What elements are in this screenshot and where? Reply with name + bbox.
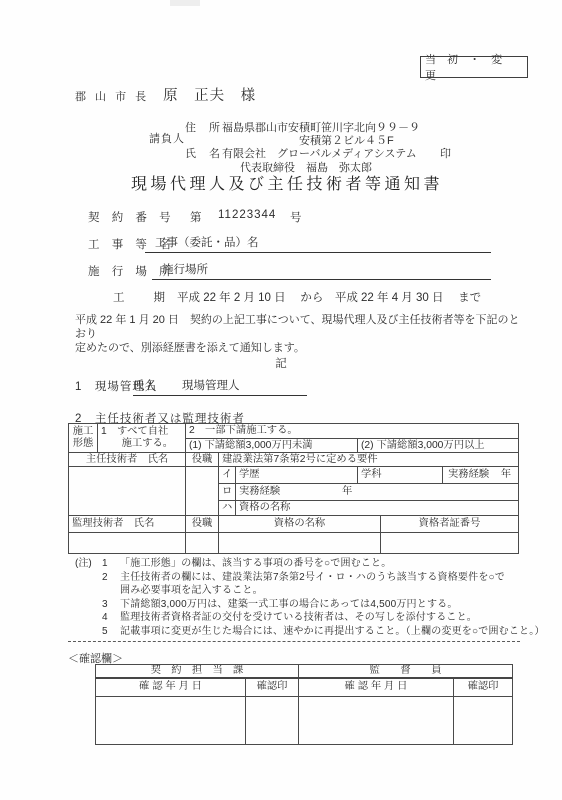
qualification-name-row: 資格の名称 [236,501,519,516]
cut-separator-line [68,641,520,642]
document-title: 現場代理人及び主任技術者等通知書 [0,171,562,194]
notes-block: (注) 1 「施工形態」の欄は、該当する事項の番号を○で囲むこと。 2 主任技術… [75,557,545,639]
note-number: 1 [102,557,120,571]
experience-label: 実務経験 [448,469,489,481]
contract-number-label: 契 約 番 号 [88,209,175,225]
revision-status-label: 当 初 ・ 変 更 [425,51,527,83]
experience-label-cell: 実務経験 年 [443,467,519,484]
chief-engineer-name-cell [69,467,186,516]
req-row-ro-key: ロ [219,484,236,501]
option-partial-subcontract: 2 一部下請施工する。 [186,424,519,439]
confirmation-table: 契 約 担 当 課 監 督 員 確 認 年 月 日 確認印 確 認 年 月 日 … [95,664,513,745]
note-number [102,584,120,598]
contractor-address-label: 住 所 [185,119,221,135]
addressee-title: 郡 山 市 長 [75,91,149,103]
supervising-engineer-name-cell [69,533,186,554]
supervising-engineer-name-header: 監理技術者 氏名 [69,516,186,533]
note-text: 下請総額3,000万円は、建築一式工事の場合にあっては4,500万円とする。 [120,598,458,612]
note-text: 囲み必要事項を記入すること。 [120,584,263,598]
note-tag [75,571,102,585]
body-line-1: 平成 22 年 1 月 20 日 契約の上記工事について、現場代理人及び主任技術… [75,313,520,341]
ki-marker: 記 [0,355,562,371]
req-row-ha-key: ハ [219,501,236,516]
confirm-seal-cell-2 [454,696,513,744]
supervising-engineer-role-cell [186,533,219,554]
requirement-header: 建設業法第7条第2号に定める要件 [219,453,519,467]
note-number: 2 [102,571,120,585]
qualification-name-cell [219,533,381,554]
note-text: 主任技術者の欄には、建設業法第7条第2号イ・ロ・ハのうち該当する資格要件を○で [120,571,505,585]
confirm-seal-header: 確認印 [246,678,299,696]
work-period-label: 工 期 [113,292,167,304]
note-tag [75,584,102,598]
note-tag [75,598,102,612]
name-label: 氏名 [133,380,156,392]
confirm-date-header-2: 確 認 年 月 日 [299,678,454,696]
note-row: 5 記載事項に変更が生じた場合には、速やかに再提出すること。（上欄の変更を○で囲… [75,625,545,639]
note-text: 記載事項に変更が生じた場合には、速やかに再提出すること。（上欄の変更を○で囲むこ… [120,625,545,639]
note-number: 5 [102,625,120,639]
note-text: 「施工形態」の欄は、該当する事項の番号を○で囲むこと。 [120,557,391,571]
req-row-i-key: イ [219,467,236,484]
seal-mark: 印 [440,145,451,161]
certificate-number-cell [381,533,519,554]
note-tag [75,625,102,639]
work-name-field: 工事（委託・品）名 [145,234,491,253]
note-number: 3 [102,598,120,612]
option-all-inhouse: 1 すべて自社 施工する。 [98,424,186,453]
chief-engineer-role-cell [186,467,219,516]
body-line-2: 定めたので、別添経歴書を添えて通知します。 [75,341,520,355]
body-paragraph: 平成 22 年 1 月 20 日 契約の上記工事について、現場代理人及び主任技術… [75,313,520,355]
site-manager-name-value: 現場管理人 [182,380,240,392]
certificate-number-header: 資格者証番号 [381,516,519,533]
scan-artifact [170,0,200,6]
note-row: 2 主任技術者の欄には、建設業法第7条第2号イ・ロ・ハのうち該当する資格要件を○… [75,571,545,585]
contract-section-header: 契 約 担 当 課 [96,665,299,679]
experience-year-unit: 年 [501,469,511,481]
note-tag [75,611,102,625]
subcontract-over-30m: (2) 下請総額3,000万円以上 [358,439,519,453]
chief-engineer-name-header: 主任技術者 氏名 [69,453,186,467]
note-text: 監理技術者資格者証の交付を受けている技術者は、その写しを添付すること。 [120,611,477,625]
note-number: 4 [102,611,120,625]
construction-form-header: 施工 形態 [69,424,98,453]
contract-number-value: 11223344 [218,209,276,221]
supervisor-section-header: 監 督 員 [299,665,513,679]
education-label: 学歴 [236,467,358,484]
engineer-table: 施工 形態 1 すべて自社 施工する。 2 一部下請施工する。 (1) 下請総額… [68,423,519,554]
addressee-line: 郡 山 市 長原 正夫 様 [75,84,256,105]
addressee-name: 原 正夫 様 [163,88,256,104]
note-row: 囲み必要事項を記入すること。 [75,584,545,598]
work-period-value: 平成 22 年 2 月 10 日 から 平成 22 年 4 月 30 日 まで [177,292,481,304]
contractor-name-label: 氏 名 [185,145,221,161]
contractor-label: 請負人 [149,130,185,146]
confirm-date-cell [96,696,246,744]
confirm-date-cell-2 [299,696,454,744]
note-row: 4 監理技術者資格者証の交付を受けている技術者は、その写しを添付すること。 [75,611,545,625]
site-manager-name-field: 氏名現場管理人 [133,377,307,396]
note-tag: (注) [75,557,102,571]
confirm-seal-header-2: 確認印 [454,678,513,696]
confirm-seal-cell [246,696,299,744]
subcontract-under-30m: (1) 下請総額3,000万円未満 [186,439,358,453]
experience-years-row: 実務経験 年 [236,484,519,501]
confirm-date-header: 確 認 年 月 日 [96,678,246,696]
contract-number-prefix: 第 [190,209,202,225]
qualification-name-header: 資格の名称 [219,516,381,533]
location-field: 施行場所 [152,261,491,280]
role-header-2: 役職 [186,516,219,533]
revision-status-box: 当 初 ・ 変 更 [420,56,528,78]
department-label: 学科 [358,467,443,484]
work-period-line: 工 期平成 22 年 2 月 10 日 から 平成 22 年 4 月 30 日 … [113,289,481,305]
note-row: 3 下請総額3,000万円は、建築一式工事の場合にあっては4,500万円とする。 [75,598,545,612]
scanned-notification-form: 当 初 ・ 変 更 郡 山 市 長原 正夫 様 請負人 住 所 福島県郡山市安積… [0,0,562,800]
contract-number-suffix: 号 [290,209,302,225]
role-header: 役職 [186,453,219,467]
note-row: (注) 1 「施工形態」の欄は、該当する事項の番号を○で囲むこと。 [75,557,545,571]
